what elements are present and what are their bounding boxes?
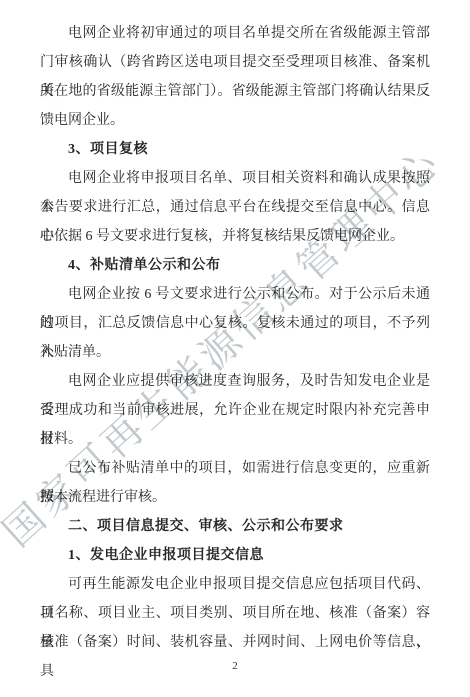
document-content: 电网企业将初审通过的项目名单提交所在省级能源主管部门审核确认（跨省跨区送电项目提… bbox=[40, 19, 430, 657]
body-text-line: 电网企业应提供审核进度查询服务，及时告知发电企业是否 bbox=[40, 367, 430, 396]
body-text-line: 电网企业将申报项目名单、项目相关资料和确认成果按照本 bbox=[40, 164, 430, 193]
body-text-line: 材料。 bbox=[40, 425, 430, 454]
heading-line: 4、补贴清单公示和公布 bbox=[40, 251, 430, 280]
body-text-line: 心依据 6 号文要求进行复核，并将复核结果反馈电网企业。 bbox=[40, 222, 430, 251]
body-text-line: 补贴清单。 bbox=[40, 338, 430, 367]
heading-line: 1、发电企业申报项目提交信息 bbox=[40, 541, 430, 570]
document-page: 国家可再生能源信息管理中心 电网企业将初审通过的项目名单提交所在省级能源主管部门… bbox=[0, 0, 470, 697]
body-text-line: 公告要求进行汇总，通过信息平台在线提交至信息中心。信息中 bbox=[40, 193, 430, 222]
body-text-line: 电网企业将初审通过的项目名单提交所在省级能源主管部 bbox=[40, 19, 430, 48]
heading-line: 二、项目信息提交、审核、公示和公布要求 bbox=[40, 512, 430, 541]
page-number: 2 bbox=[0, 659, 470, 673]
body-text-line: 可再生能源发电企业申报项目提交信息应包括项目代码、项 bbox=[40, 570, 430, 599]
body-text-line: 门审核确认（跨省跨区送电项目提交至受理项目核准、备案机关 bbox=[40, 48, 430, 77]
body-text-line: 所在地的省级能源主管部门）。省级能源主管部门将确认结果反 bbox=[40, 77, 430, 106]
body-text-line: 的项目，汇总反馈信息中心复核。复核未通过的项目，不予列入 bbox=[40, 309, 430, 338]
heading-line: 3、项目复核 bbox=[40, 135, 430, 164]
body-text-line: 目名称、项目业主、项目类别、项目所在地、核准（备案）容量、 bbox=[40, 599, 430, 628]
body-text-line: 核准（备案）时间、装机容量、并网时间、上网电价等信息，具 bbox=[40, 628, 430, 657]
body-text-line: 馈电网企业。 bbox=[40, 106, 430, 135]
body-text-line: 电网企业按 6 号文要求进行公示和公布。对于公示后未通过 bbox=[40, 280, 430, 309]
body-text-line: 受理成功和当前审核进展，允许企业在规定时限内补充完善申报 bbox=[40, 396, 430, 425]
body-text-line: 照本流程进行审核。 bbox=[40, 483, 430, 512]
body-text-line: 已公布补贴清单中的项目，如需进行信息变更的，应重新按 bbox=[40, 454, 430, 483]
